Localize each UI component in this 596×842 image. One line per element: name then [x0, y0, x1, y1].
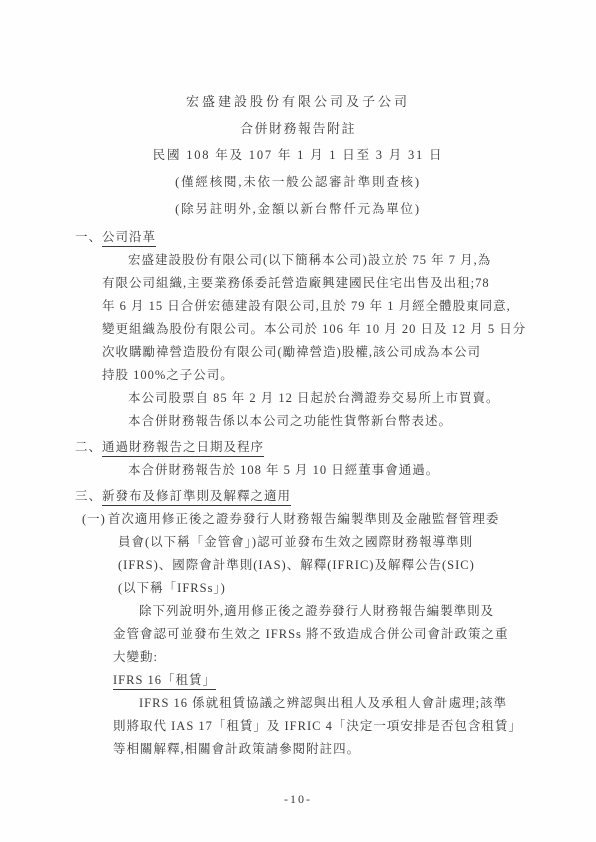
text-line: (IFRS)、國際會計準則(IAS)、解釋(IFRIC)及解釋公告(SIC): [82, 554, 596, 577]
section-1-body: 宏盛建設股份有限公司(以下簡稱本公司)設立於 75 年 7 月,為 有限公司組織…: [102, 249, 596, 433]
section-2-heading: 二、通過財務報告之日期及程序: [75, 436, 596, 459]
text-line: 金管會認可並發布生效之 IFRSs 將不致造成合併公司會計政策之重: [113, 623, 596, 646]
section-3-paragraph: 除下列說明外,適用修正後之證券發行人財務報告編製準則及 金管會認可並發布生效之 …: [113, 600, 596, 669]
text-line: 年 6 月 15 日合併宏德建設有限公司,且於 79 年 1 月經全體股東同意,: [102, 295, 596, 318]
text-line: IFRS 16 係就租賃協議之辨認與出租人及承租人會計處理;該準: [113, 692, 596, 715]
section-title: 公司沿革: [102, 230, 156, 247]
section-1-heading: 一、公司沿革: [75, 226, 596, 249]
text-line: 本合併財務報告係以本公司之功能性貨幣新台幣表述。: [102, 410, 596, 433]
text-line: 持股 100%之子公司。: [102, 364, 596, 387]
section-number: 三、: [75, 489, 102, 503]
text-line: 宏盛建設股份有限公司(以下簡稱本公司)設立於 75 年 7 月,為: [102, 249, 596, 272]
section-title: 新發布及修訂準則及解釋之適用: [102, 489, 291, 506]
text-line: 變更組織為股份有限公司。本公司於 106 年 10 月 20 日及 12 月 5…: [102, 318, 596, 341]
text-line: 員會(以下稱「金管會」)認可並發布生效之國際財務報導準則: [82, 531, 596, 554]
text-line: 本合併財務報告於 108 年 5 月 10 日經董事會通過。: [102, 459, 596, 482]
text-line: 大變動:: [113, 646, 596, 669]
section-3-heading: 三、新發布及修訂準則及解釋之適用: [75, 485, 596, 508]
currency-unit-note: (除另註明外,金額以新台幣仟元為單位): [0, 196, 596, 223]
report-period: 民國 108 年及 107 年 1 月 1 日至 3 月 31 日: [0, 142, 596, 169]
page-number: -10-: [0, 792, 596, 807]
section-2-body: 本合併財務報告於 108 年 5 月 10 日經董事會通過。: [102, 459, 596, 482]
scanned-document-page: 宏盛建設股份有限公司及子公司 合併財務報告附註 民國 108 年及 107 年 …: [0, 0, 596, 842]
text-line: 有限公司組織,主要業務係委託營造廠興建國民住宅出售及出租;78: [102, 272, 596, 295]
text-line: 等相關解釋,相關會計政策請參閱附註四。: [113, 738, 596, 761]
document-header: 宏盛建設股份有限公司及子公司 合併財務報告附註 民國 108 年及 107 年 …: [0, 88, 596, 223]
section-3-item-1: (一)首次適用修正後之證券發行人財務報告編製準則及金融監督管理委 員會(以下稱「…: [82, 508, 596, 600]
ifrs16-subheading-text: IFRS 16「租賃」: [113, 673, 216, 690]
text-line: (以下稱「IFRSs」): [82, 577, 596, 600]
text-line: 本公司股票自 85 年 2 月 12 日起於台灣證券交易所上市買賣。: [102, 387, 596, 410]
text-line: 則將取代 IAS 17「租賃」及 IFRIC 4「決定一項安排是否包含租賃」: [113, 715, 596, 738]
text-line: 次收購勵禕營造股份有限公司(勵禕營造)股權,該公司成為本公司: [102, 341, 596, 364]
ifrs16-paragraph: IFRS 16 係就租賃協議之辨認與出租人及承租人會計處理;該準 則將取代 IA…: [113, 692, 596, 761]
review-note: (僅經核閱,未依一般公認審計準則查核): [0, 169, 596, 196]
section-number: 一、: [75, 230, 102, 244]
company-name: 宏盛建設股份有限公司及子公司: [0, 88, 596, 115]
text-line: 除下列說明外,適用修正後之證券發行人財務報告編製準則及: [113, 600, 596, 623]
report-title: 合併財務報告附註: [0, 115, 596, 142]
section-number: 二、: [75, 440, 102, 454]
text-line: (一)首次適用修正後之證券發行人財務報告編製準則及金融監督管理委: [82, 508, 596, 531]
ifrs16-subheading: IFRS 16「租賃」: [113, 669, 596, 692]
section-title: 通過財務報告之日期及程序: [102, 440, 264, 457]
list-item-text: 首次適用修正後之證券發行人財務報告編製準則及金融監督管理委: [108, 512, 500, 526]
list-item-marker: (一): [82, 512, 106, 526]
